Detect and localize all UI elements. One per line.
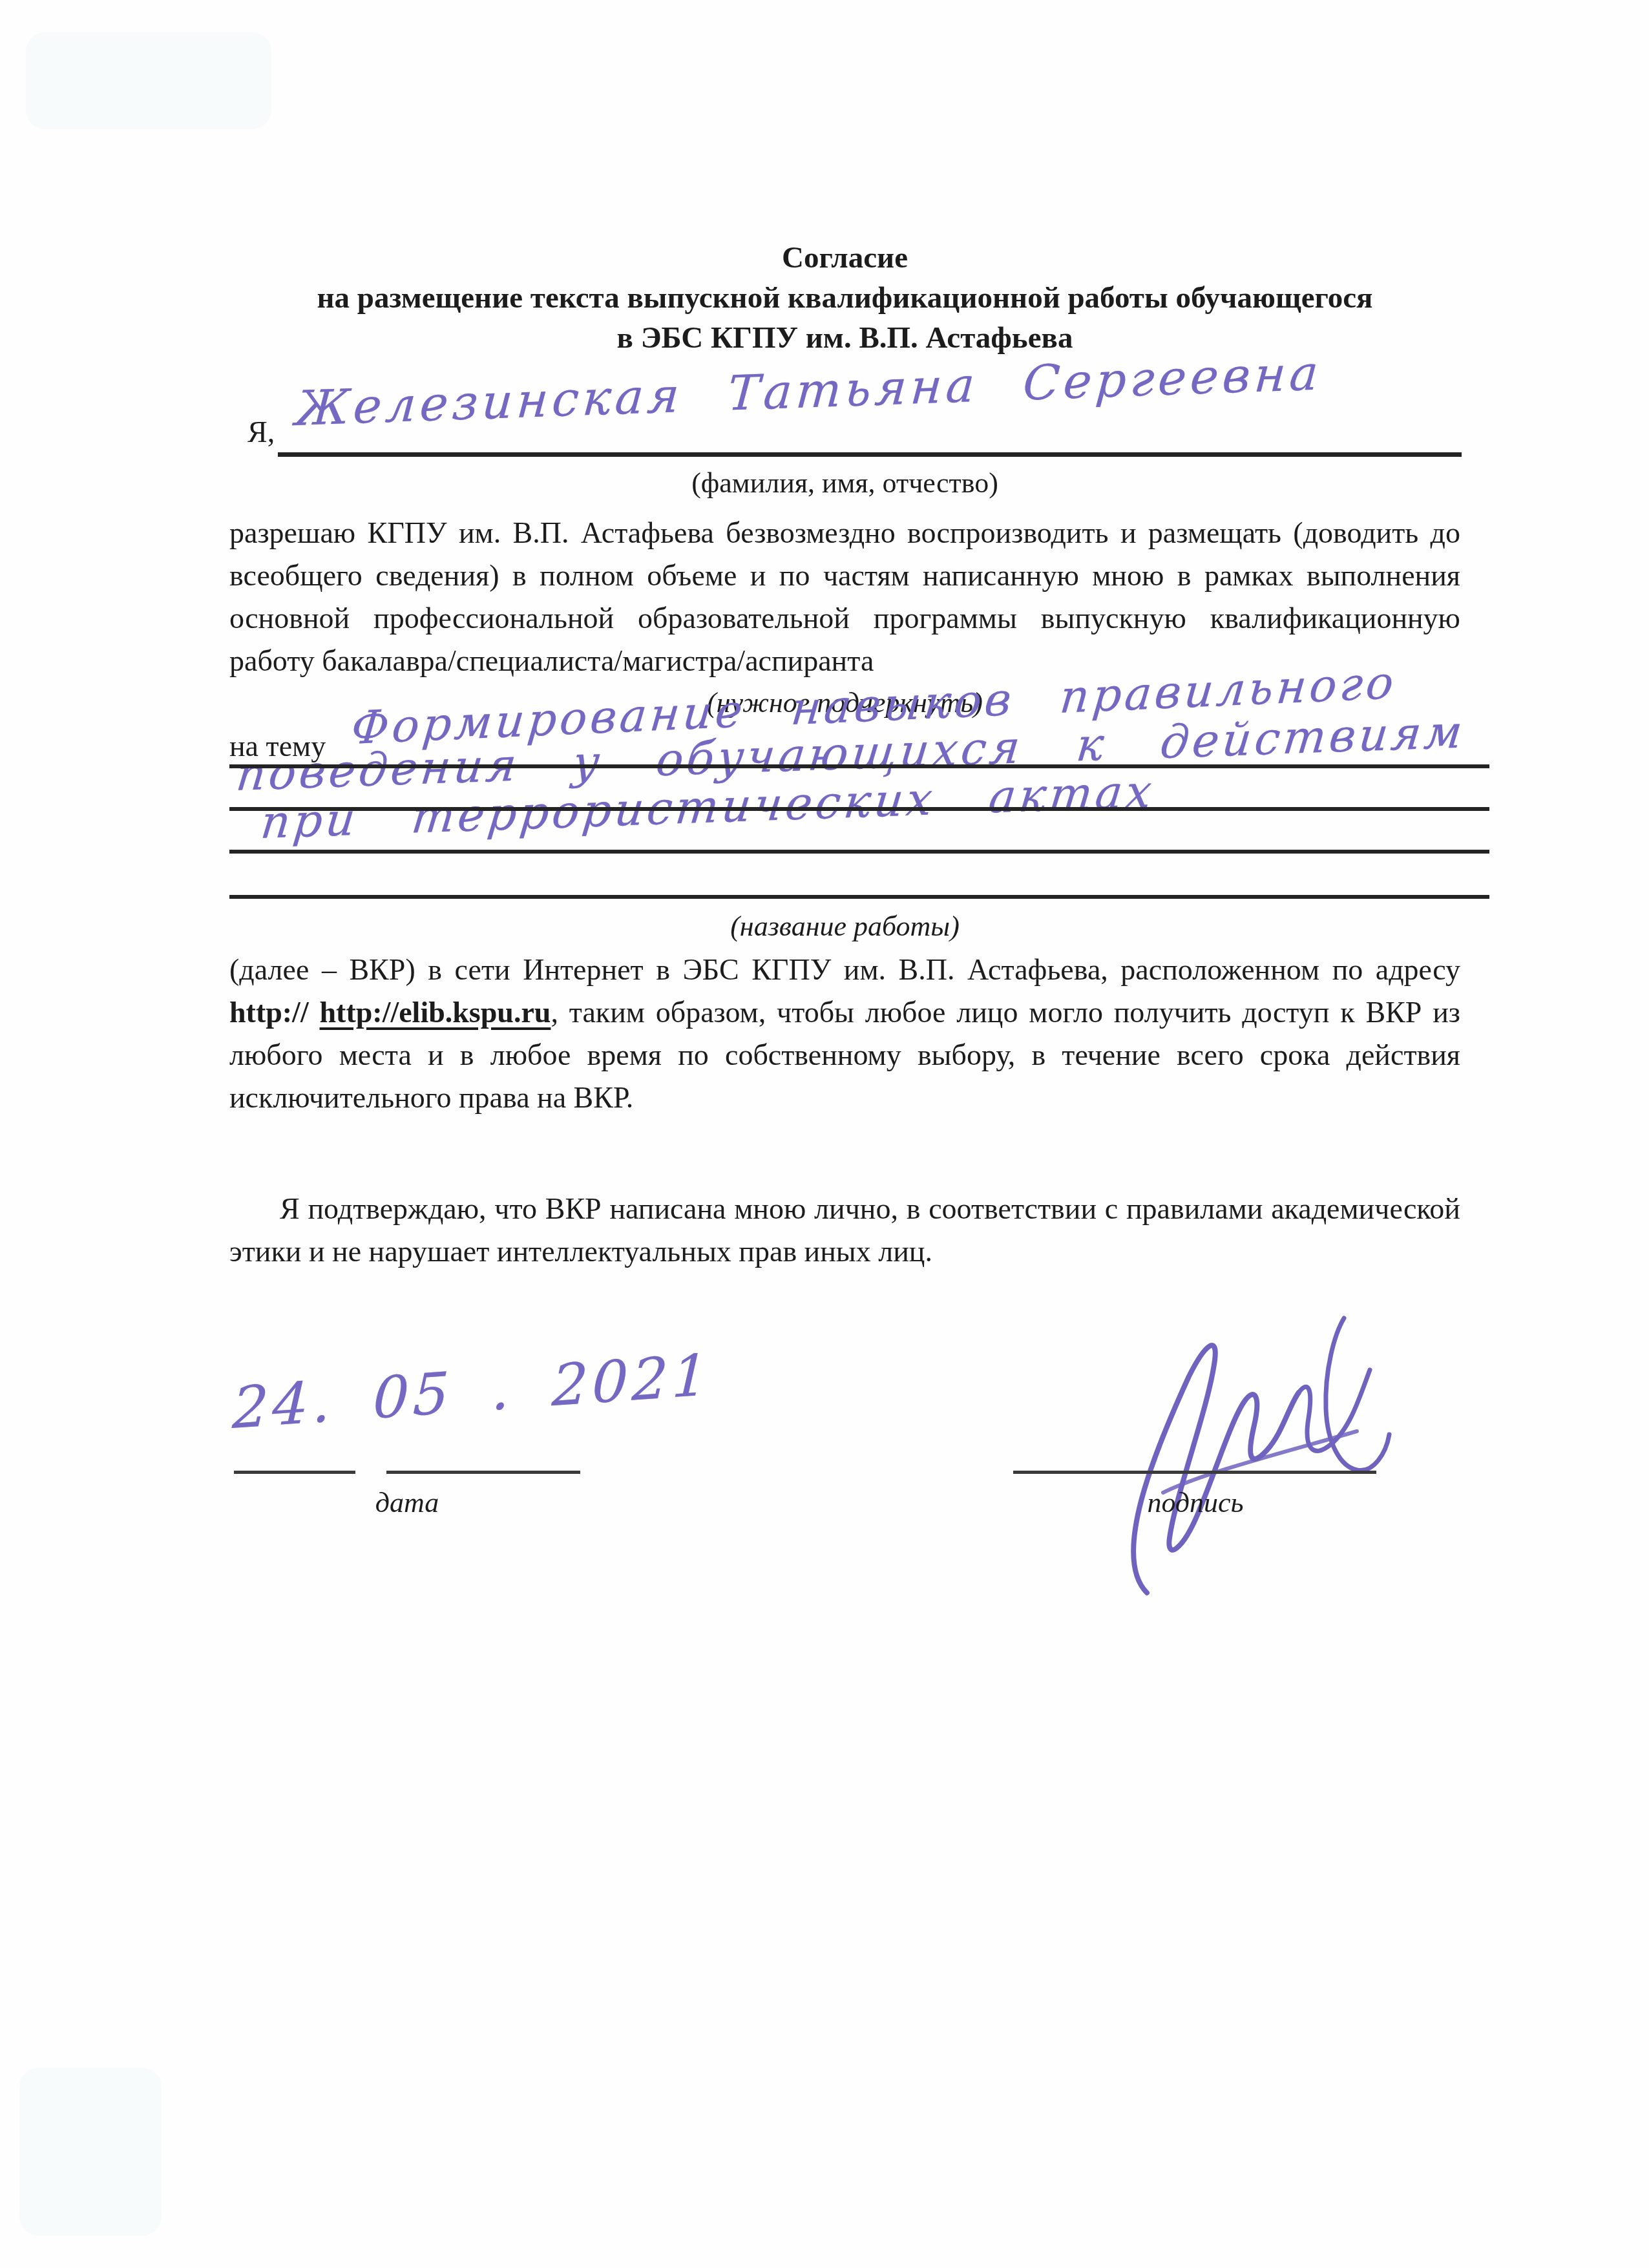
document-title-line1: Согласие (229, 238, 1460, 278)
topic-ruled-line-3 (229, 850, 1489, 854)
i-label: Я, (247, 415, 275, 449)
elib-url: http://elib.kspu.ru (320, 996, 551, 1029)
scan-smudge-top-left (26, 32, 271, 129)
date-underline-month-year (386, 1471, 580, 1474)
name-caption: (фамилия, имя, отчество) (229, 467, 1460, 499)
topic-ruled-line-4 (229, 895, 1489, 899)
signature-underline (1013, 1471, 1376, 1474)
work-title-caption: (название работы) (229, 910, 1460, 943)
topic-ruled-line-1 (229, 764, 1489, 768)
date-handwriting: 24. 05 . 2021 (231, 1341, 713, 1442)
date-caption: дата (310, 1486, 504, 1519)
name-underline (278, 452, 1462, 457)
url-space (309, 996, 320, 1029)
signature-handwriting (1086, 1299, 1422, 1602)
full-name-handwriting: Железинская Татьяна Сергеевна (294, 345, 1324, 437)
url-prefix: http:// (229, 996, 309, 1029)
topic-ruled-line-2 (229, 807, 1489, 811)
paragraph-permission: разрешаю КГПУ им. В.П. Астафьева безвозм… (229, 512, 1460, 682)
paragraph-confirmation: Я подтверждаю, что ВКР написана мною лич… (229, 1188, 1460, 1273)
scan-smudge-bottom-left (19, 2068, 162, 2236)
paragraph-internet-access: (далее – ВКР) в сети Интернет в ЭБС КГПУ… (229, 949, 1460, 1119)
signature-caption: подпись (1098, 1486, 1292, 1519)
document-title-line2: на размещение текста выпускной квалифика… (229, 278, 1460, 318)
paragraph2-text-before-url: (далее – ВКР) в сети Интернет в ЭБС КГПУ… (229, 953, 1460, 986)
date-underline-day (234, 1471, 355, 1474)
document-page: Согласие на размещение текста выпускной … (0, 0, 1649, 2268)
